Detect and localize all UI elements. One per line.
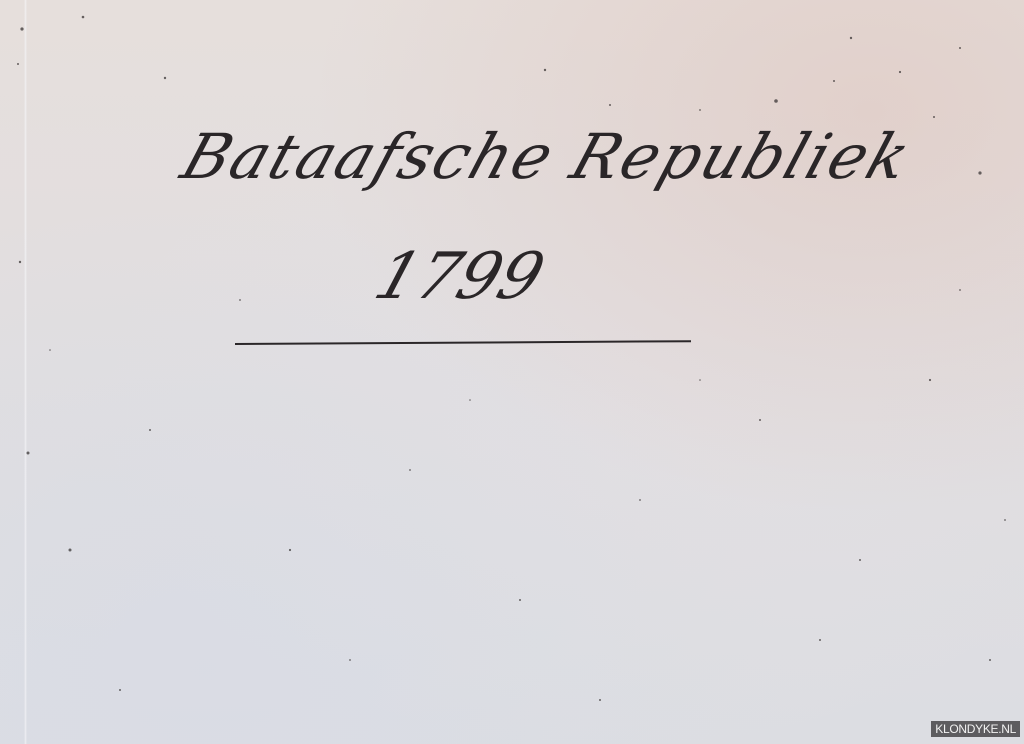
paper-specks: [0, 0, 1024, 744]
watermark-badge: KLONDYKE.NL: [931, 721, 1020, 737]
document-year: 1799: [366, 240, 553, 314]
document-title: Bataafsche Republiek: [173, 120, 897, 193]
